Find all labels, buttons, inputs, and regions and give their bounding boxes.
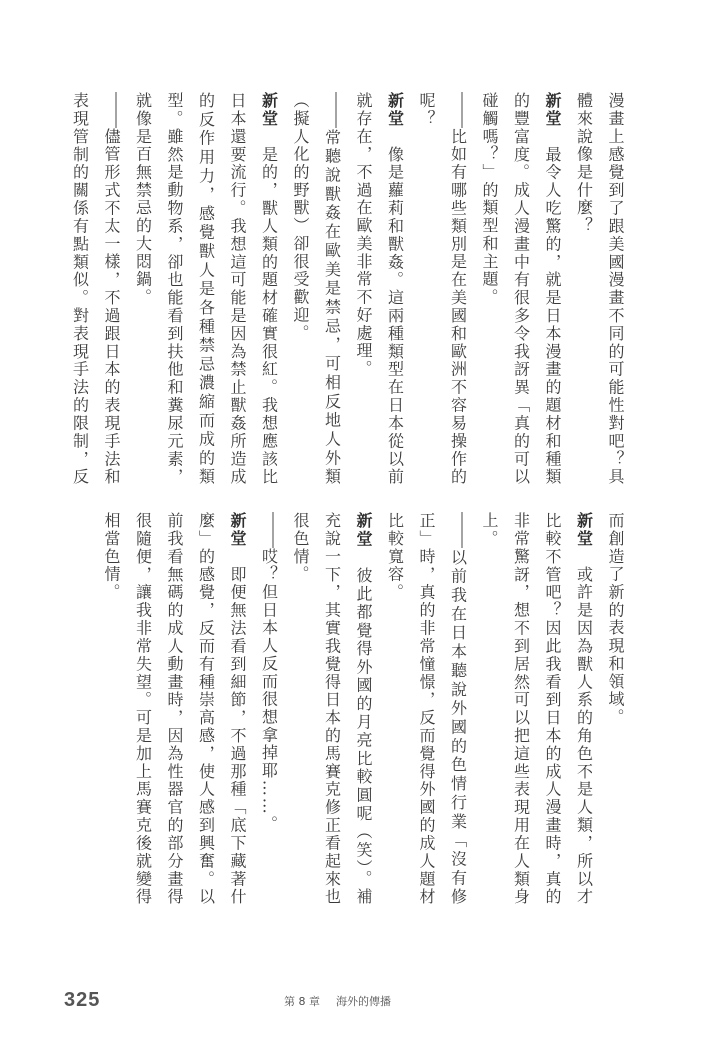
column-text: 麼」的感覺，反而有種崇高感，使人感到興奮。以: [197, 512, 216, 906]
column-text: 比較寬容。: [386, 512, 405, 601]
column-text: 型。雖然是動物系，卻也能看到扶他和糞尿元素，: [165, 92, 184, 486]
text-column: 型。雖然是動物系，卻也能看到扶他和糞尿元素，: [159, 92, 191, 486]
text-column: 前我看無碼的成人動畫時，因為性器官的部分畫得: [159, 512, 191, 906]
text-column: 新堂 彼此都覺得外國的月亮比較圓呢（笑）。補: [348, 512, 380, 906]
column-text: 很隨便，讓我非常失望。可是加上馬賽克後就變得: [134, 512, 153, 906]
column-text: 像是蘿莉和獸姦。這兩種類型在日本從以前: [386, 128, 405, 486]
column-text: 比如有哪些類別是在美國和歐洲不容易操作的: [449, 128, 468, 486]
column-text: 就存在，不過在歐美非常不好處理。: [354, 92, 373, 378]
speaker-label: 新堂: [228, 512, 247, 548]
text-column: ——比如有哪些類別是在美國和歐洲不容易操作的: [442, 92, 474, 486]
text-column: ——哎？但日本人反而很想拿掉耶……。: [253, 512, 285, 906]
text-column: 的豐富度。成人漫畫中有很多令我訝異「真的可以: [505, 92, 537, 486]
column-text: （擬人化的野獸）卻很受歡迎。: [291, 92, 310, 342]
chapter-title: 海外的傳播: [336, 995, 391, 1008]
column-text: 常聽說獸姦在歐美是禁忌，可相反地人外類: [323, 128, 342, 486]
column-text: 比較不管吧？因此我看到日本的成人漫畫時，真的: [543, 512, 562, 906]
column-text: 碰觸嗎？」的類型和主題。: [480, 92, 499, 306]
lower-text-block: 而創造了新的表現和領域。 新堂 或許是因為獸人系的角色不是人類，所以才 比較不管…: [96, 512, 632, 906]
speaker-label: 新堂: [543, 92, 562, 128]
text-column: 充說一下，其實我覺得日本的馬賽克修正看起來也: [316, 512, 348, 906]
column-text: 很色情。: [291, 512, 310, 583]
column-text: 的反作用力，感覺獸人是各種禁忌濃縮而成的類: [197, 92, 216, 486]
text-column: 新堂 或許是因為獸人系的角色不是人類，所以才: [568, 512, 600, 906]
column-text: 相當色情。: [102, 512, 121, 601]
text-column: 新堂 像是蘿莉和獸姦。這兩種類型在日本從以前: [379, 92, 411, 486]
text-column: 比較寬容。: [379, 512, 411, 906]
text-column: 表現管制的關係有點類似。對表現手法的限制，反: [64, 92, 96, 486]
text-column: 體來說像是什麼？: [568, 92, 600, 486]
speaker-label: 新堂: [260, 92, 279, 128]
text-column: 比較不管吧？因此我看到日本的成人漫畫時，真的: [537, 512, 569, 906]
text-column: 麼」的感覺，反而有種崇高感，使人感到興奮。以: [190, 512, 222, 906]
speaker-label: 新堂: [386, 92, 405, 128]
em-dash-rule: ——: [108, 92, 124, 128]
column-text: 表現管制的關係有點類似。對表現手法的限制，反: [71, 92, 90, 486]
text-column: 漫畫上感覺到了跟美國漫畫不同的可能性對吧？具: [600, 92, 632, 486]
speaker-label: 新堂: [354, 512, 373, 549]
running-footer: 第 8 章海外的傳播: [284, 996, 391, 1008]
text-column: 上。: [474, 512, 506, 906]
column-text: 或許是因為獸人系的角色不是人類，所以才: [575, 548, 594, 906]
text-column: 碰觸嗎？」的類型和主題。: [474, 92, 506, 486]
em-dash-rule: ——: [328, 92, 344, 128]
text-column: 呢？: [411, 92, 443, 486]
column-text: 非常驚訝，想不到居然可以把這些表現用在人類身: [512, 512, 531, 906]
text-column: 新堂 是的，獸人類的題材確實很紅。我想應該比: [253, 92, 285, 486]
text-column: ——以前我在日本聽說外國的色情行業「沒有修: [442, 512, 474, 906]
upper-text-block: 漫畫上感覺到了跟美國漫畫不同的可能性對吧？具 體來說像是什麼？ 新堂 最令人吃驚…: [64, 92, 631, 486]
column-text: 呢？: [417, 92, 436, 128]
text-column: ——儘管形式不太一樣，不過跟日本的表現手法和: [96, 92, 128, 486]
column-text: 體來說像是什麼？: [575, 92, 594, 235]
column-text: 最令人吃驚的，就是日本漫畫的題材和種類: [543, 128, 562, 486]
text-column: 就存在，不過在歐美非常不好處理。: [348, 92, 380, 486]
column-text: 日本還要流行。我想這可能是因為禁止獸姦所造成: [228, 92, 247, 486]
text-column: 新堂 即便無法看到細節，不過那種「底下藏著什: [222, 512, 254, 906]
column-text: 儘管形式不太一樣，不過跟日本的表現手法和: [102, 128, 121, 486]
text-column: 正」時，真的非常憧憬，反而覺得外國的成人題材: [411, 512, 443, 906]
text-column: 新堂 最令人吃驚的，就是日本漫畫的題材和種類: [537, 92, 569, 486]
em-dash-rule: ——: [454, 92, 470, 128]
column-text: 的豐富度。成人漫畫中有很多令我訝異「真的可以: [512, 92, 531, 486]
text-column: （擬人化的野獸）卻很受歡迎。: [285, 92, 317, 486]
text-column: 而創造了新的表現和領域。: [600, 512, 632, 906]
column-text: 上。: [480, 512, 499, 548]
column-text: 正」時，真的非常憧憬，反而覺得外國的成人題材: [417, 512, 436, 906]
column-text: 哎？但日本人反而很想拿掉耶……。: [260, 548, 279, 834]
chapter-label: 第 8 章: [284, 995, 320, 1008]
text-column: 就像是百無禁忌的大悶鍋。: [127, 92, 159, 486]
column-text: 充說一下，其實我覺得日本的馬賽克修正看起來也: [323, 512, 342, 906]
column-text: 是的，獸人類的題材確實很紅。我想應該比: [260, 128, 279, 486]
column-text: 即便無法看到細節，不過那種「底下藏著什: [228, 548, 247, 906]
column-text: 而創造了新的表現和領域。: [606, 512, 625, 726]
text-column: 非常驚訝，想不到居然可以把這些表現用在人類身: [505, 512, 537, 906]
text-column: ——常聽說獸姦在歐美是禁忌，可相反地人外類: [316, 92, 348, 486]
text-column: 很隨便，讓我非常失望。可是加上馬賽克後就變得: [127, 512, 159, 906]
column-text: 漫畫上感覺到了跟美國漫畫不同的可能性對吧？具: [606, 92, 625, 486]
text-column: 的反作用力，感覺獸人是各種禁忌濃縮而成的類: [190, 92, 222, 486]
text-column: 相當色情。: [96, 512, 128, 906]
column-text: 前我看無碼的成人動畫時，因為性器官的部分畫得: [165, 512, 184, 906]
column-text: 以前我在日本聽說外國的色情行業「沒有修: [449, 548, 468, 906]
text-column: 日本還要流行。我想這可能是因為禁止獸姦所造成: [222, 92, 254, 486]
column-text: 就像是百無禁忌的大悶鍋。: [134, 92, 153, 306]
text-column: 很色情。: [285, 512, 317, 906]
column-text: 彼此都覺得外國的月亮比較圓呢（笑）。補: [354, 549, 373, 906]
em-dash-rule: ——: [265, 512, 281, 548]
speaker-label: 新堂: [575, 512, 594, 548]
em-dash-rule: ——: [454, 512, 470, 548]
page-number: 325: [64, 990, 100, 1010]
